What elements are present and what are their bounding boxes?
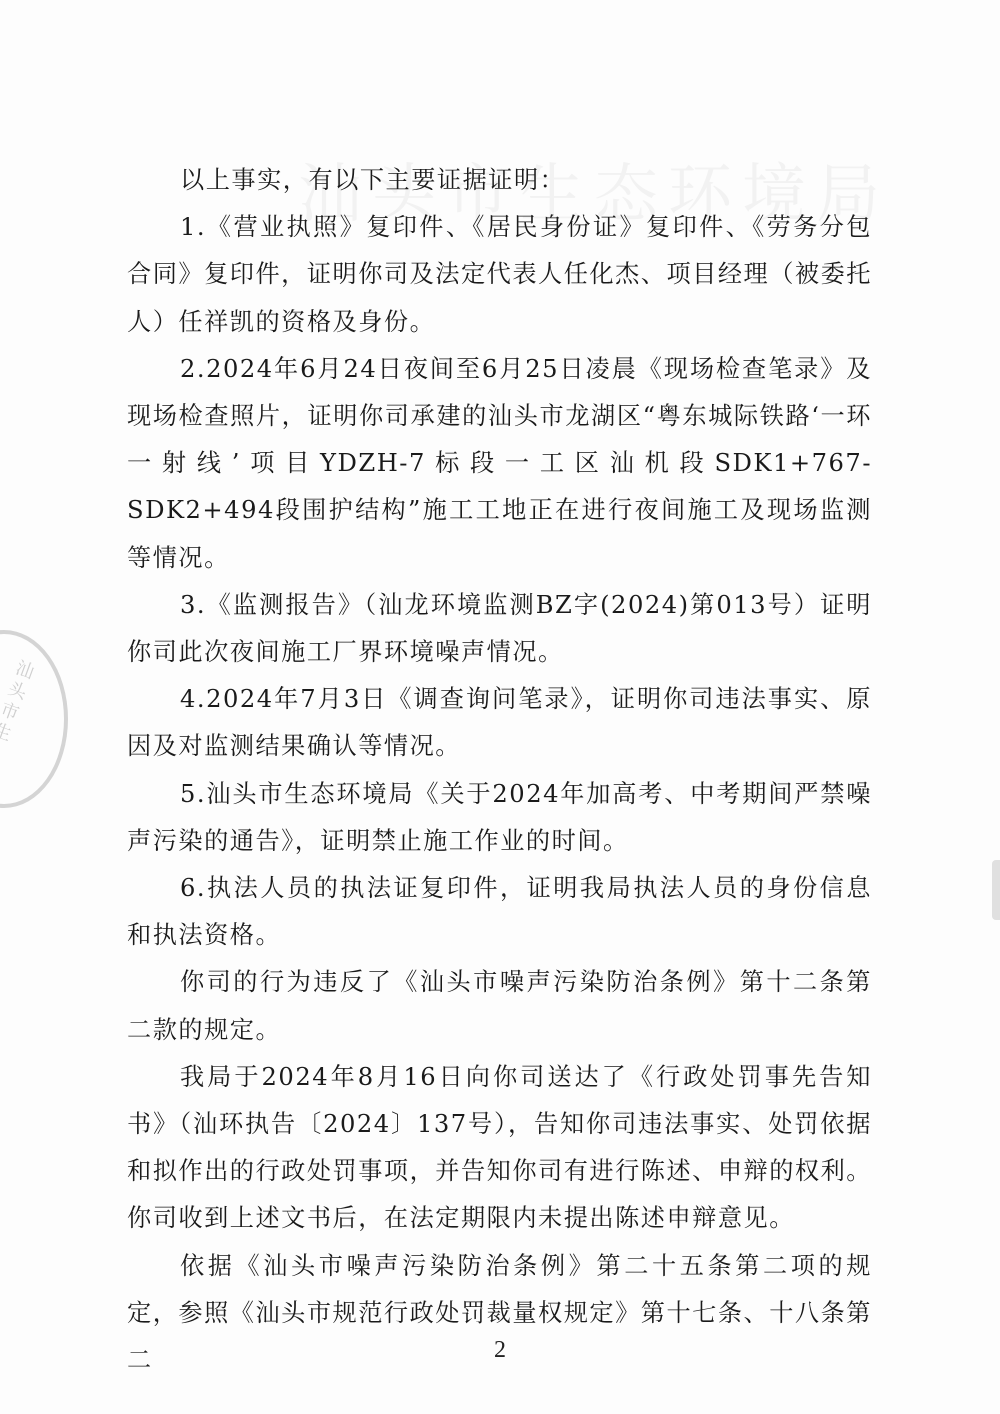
evidence-item-5: 5.汕头市生态环境局《关于2024年加高考、中考期间严禁噪声污染的通告》，证明禁… (127, 771, 872, 865)
document-page: 汕头市生态环境局 汕头市生 以上事实，有以下主要证据证明： 1.《营业执照》复印… (0, 0, 1000, 1414)
legal-basis-statement: 依据《汕头市噪声污染防治条例》第二十五条第二项的规定，参照《汕头市规范行政处罚裁… (127, 1243, 872, 1385)
evidence-item-4: 4.2024年7月3日《调查询问笔录》，证明你司违法事实、原因及对监测结果确认等… (127, 676, 872, 770)
evidence-item-1: 1.《营业执照》复印件、《居民身份证》复印件、《劳务分包合同》复印件，证明你司及… (127, 204, 872, 346)
violation-statement: 你司的行为违反了《汕头市噪声污染防治条例》第十二条第二款的规定。 (127, 959, 872, 1053)
scan-artifact (992, 860, 1000, 920)
evidence-item-6: 6.执法人员的执法证复印件，证明我局执法人员的身份信息和执法资格。 (127, 865, 872, 959)
evidence-intro: 以上事实，有以下主要证据证明： (127, 157, 872, 204)
evidence-item-3: 3.《监测报告》（汕龙环境监测BZ字(2024)第013号）证明你司此次夜间施工… (127, 582, 872, 676)
evidence-item-2: 2.2024年6月24日夜间至6月25日凌晨《现场检查笔录》及现场检查照片，证明… (127, 346, 872, 582)
prior-notice-statement: 我局于2024年8月16日向你司送达了《行政处罚事先告知书》（汕环执告〔2024… (127, 1054, 872, 1243)
document-body: 以上事实，有以下主要证据证明： 1.《营业执照》复印件、《居民身份证》复印件、《… (127, 157, 872, 1384)
